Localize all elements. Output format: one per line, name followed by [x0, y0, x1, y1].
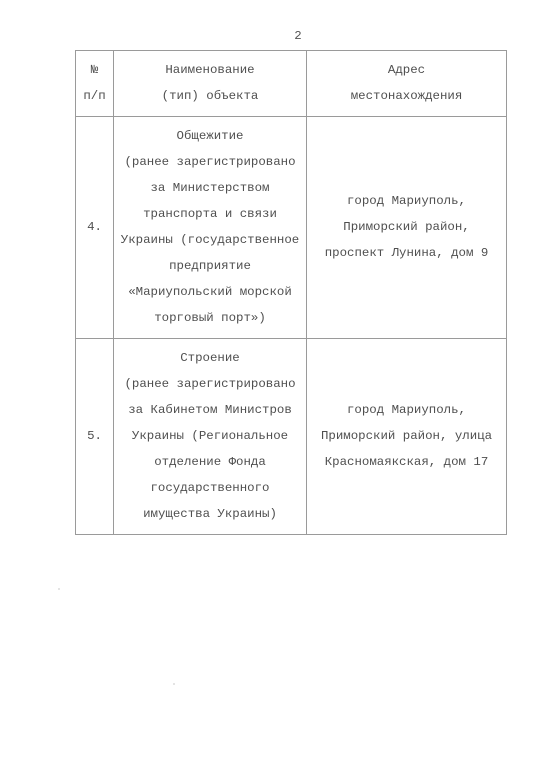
- object-name-line: за Министерством: [116, 182, 304, 195]
- object-name-line: государственного: [116, 482, 304, 495]
- scan-speck: [58, 588, 60, 590]
- object-name-line: (ранее зарегистрировано: [116, 156, 304, 169]
- header-number-line: №: [78, 64, 111, 77]
- table-row: 5. Строение (ранее зарегистрировано за К…: [76, 339, 507, 535]
- object-name-cell: Строение (ранее зарегистрировано за Каби…: [114, 339, 307, 535]
- row-number: 4.: [76, 117, 114, 339]
- object-name-line: Украины (государственное: [116, 234, 304, 247]
- scan-speck: [173, 683, 175, 685]
- table-header-row: № п/п Наименование (тип) объекта Адрес м…: [76, 51, 507, 117]
- address-line: Красномаякская, дом 17: [309, 456, 504, 469]
- object-name-line: предприятие: [116, 260, 304, 273]
- address-line: Приморский район,: [309, 221, 504, 234]
- address-line: город Мариуполь,: [309, 195, 504, 208]
- object-name-line: за Кабинетом Министров: [116, 404, 304, 417]
- row-number: 5.: [76, 339, 114, 535]
- object-name-line: (ранее зарегистрировано: [116, 378, 304, 391]
- address-cell: город Мариуполь, Приморский район, просп…: [307, 117, 507, 339]
- header-object-name: Наименование (тип) объекта: [114, 51, 307, 117]
- header-address-line: Адрес: [309, 64, 504, 77]
- header-number: № п/п: [76, 51, 114, 117]
- page-number: 2: [0, 29, 558, 43]
- address-line: город Мариуполь,: [309, 404, 504, 417]
- address-line: Приморский район, улица: [309, 430, 504, 443]
- object-name-line: имущества Украины): [116, 508, 304, 521]
- header-number-line: п/п: [78, 90, 111, 103]
- object-name-line: Строение: [116, 352, 304, 365]
- object-name-line: отделение Фонда: [116, 456, 304, 469]
- header-name-line: Наименование: [116, 64, 304, 77]
- object-name-line: «Мариупольский морской: [116, 286, 304, 299]
- objects-table: № п/п Наименование (тип) объекта Адрес м…: [75, 50, 507, 535]
- object-name-line: Общежитие: [116, 130, 304, 143]
- header-address-line: местонахождения: [309, 90, 504, 103]
- address-cell: город Мариуполь, Приморский район, улица…: [307, 339, 507, 535]
- object-name-line: Украины (Региональное: [116, 430, 304, 443]
- object-name-cell: Общежитие (ранее зарегистрировано за Мин…: [114, 117, 307, 339]
- table-row: 4. Общежитие (ранее зарегистрировано за …: [76, 117, 507, 339]
- address-line: проспект Лунина, дом 9: [309, 247, 504, 260]
- object-name-line: торговый порт»): [116, 312, 304, 325]
- header-name-line: (тип) объекта: [116, 90, 304, 103]
- header-address: Адрес местонахождения: [307, 51, 507, 117]
- object-name-line: транспорта и связи: [116, 208, 304, 221]
